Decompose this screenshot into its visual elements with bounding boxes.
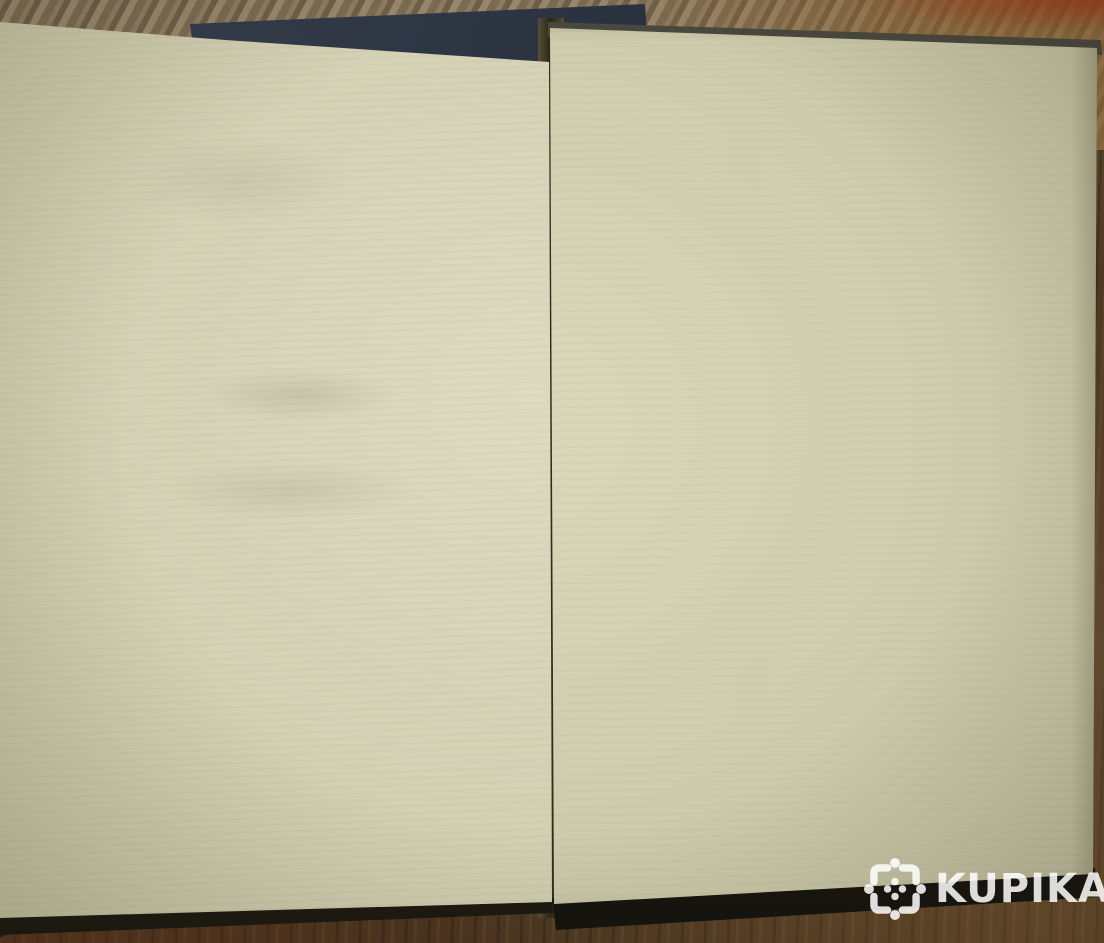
show-through-smudge [120, 450, 460, 530]
show-through-smudge [170, 360, 430, 430]
open-book-photo: ББК 84.4 Фр-4 Г61 Перевод с французского… [0, 0, 1104, 943]
kupika-watermark: KUPIKA [864, 858, 1104, 920]
kupika-logo-icon [864, 858, 926, 920]
show-through-smudge [90, 120, 390, 240]
kupika-logo-text: KUPIKA [935, 858, 1104, 920]
